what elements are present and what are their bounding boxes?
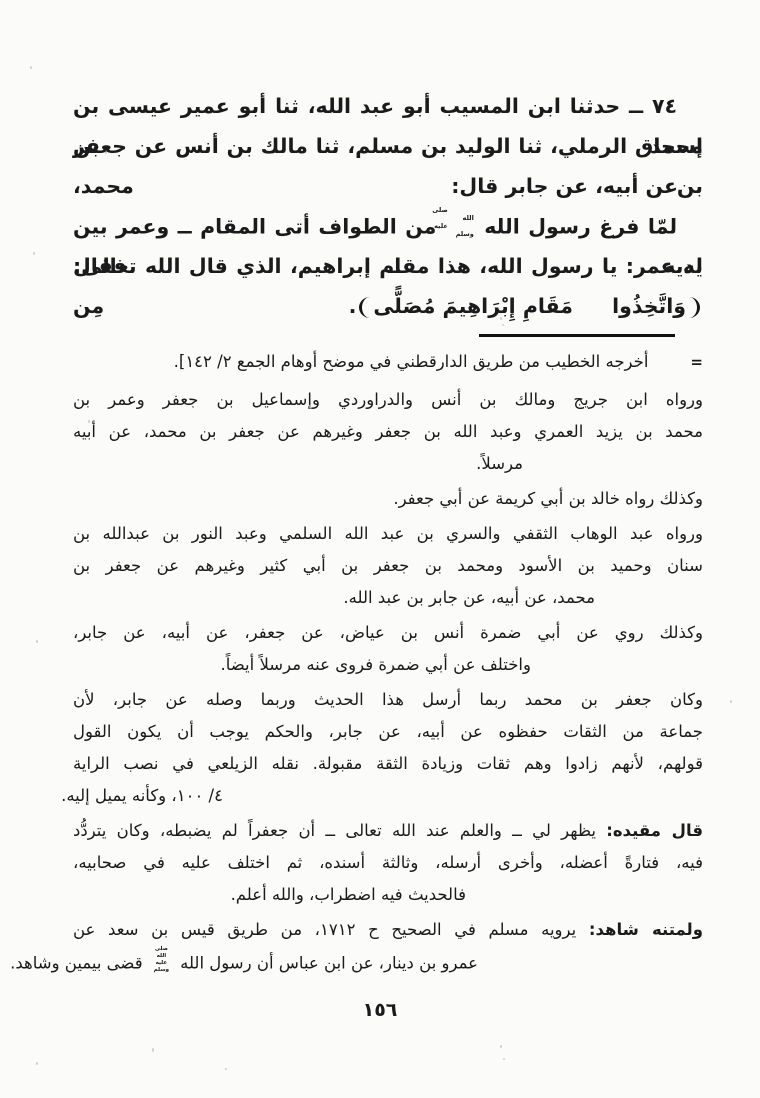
footnote-block: =أخرجه الخطيب من طريق الدارقطني في موضح … (73, 346, 703, 978)
saw-ligature-top: صلى الله (447, 206, 474, 222)
footnote-line: جماعة من الثقات حفظوه عن أبيه، عن جابر، … (73, 716, 703, 748)
scan-speck (225, 1068, 227, 1070)
footnote-paragraph: ورواه ابن جريج ومالك بن أنس والدراوردي و… (73, 384, 703, 480)
footnote-line: محمد، عن أبيه، عن جابر بن عبد الله. (73, 582, 703, 614)
footnote-paragraph: ورواه عبد الوهاب الثقفي والسري بن عبد ال… (73, 518, 703, 614)
quran-verse: مَقَامِ إِبْرَاهِيمَ مُصَلًّى (373, 294, 573, 318)
footnote-paragraph: ولمتنه شاهد: يرويه مسلم في الصحيح ح ١٧١٢… (73, 914, 703, 978)
footnote-label: قال مقيده: (606, 821, 703, 840)
hadith-matn-line: له عمر: يا رسول الله، هذا مقام إبراهيم، … (73, 246, 703, 286)
saw-ligature-top: صلى الله (150, 946, 173, 960)
footnote-line: سنان وحميد بن الأسود ومحمد بن جعفر بن أب… (73, 550, 703, 582)
scan-speck (500, 1045, 502, 1048)
footnote-line: فالحديث فيه اضطراب، والله أعلم. (73, 879, 703, 911)
matn-text: لمّا فرغ رسول الله (484, 214, 677, 238)
scan-speck (30, 66, 32, 69)
scan-speck (88, 420, 90, 423)
hadith-isnad-line: ٧٤ ــ حدثنا ابن المسيب أبو عبد الله، ثنا… (73, 86, 703, 126)
scan-speck (36, 1062, 38, 1065)
footnote-line: وكذلك روي عن أبي ضمرة أنس بن عياض، عن جع… (73, 617, 703, 649)
quran-close-bracket-icon (359, 297, 370, 318)
matn-text: . (349, 294, 357, 318)
continuation-equals-mark: = (690, 346, 703, 378)
scan-speck (502, 324, 504, 326)
page-number: ١٥٦ (0, 999, 760, 1021)
footnote-paragraph: وكان جعفر بن محمد ربما أرسل هذا الحديث و… (73, 684, 703, 812)
footnote-line: مرسلاً. (73, 448, 703, 480)
footnote-line: واختلف عن أبي ضمرة فروى عنه مرسلاً أيضاً… (73, 649, 703, 681)
footnote-paragraph: قال مقيده: يظهر لي ــ والعلم عند الله تع… (73, 815, 703, 911)
scan-speck (500, 317, 502, 320)
footnote-separator (479, 334, 675, 337)
footnote-line: عمرو بن دينار، عن ابن عباس أن رسول الله … (73, 946, 703, 978)
footnote-line: وكان جعفر بن محمد ربما أرسل هذا الحديث و… (73, 684, 703, 716)
hadith-isnad-line: إسحاق الرملي، ثنا الوليد بن مسلم، ثنا ما… (73, 126, 703, 166)
scan-speck (33, 252, 35, 255)
footnote-paragraph: وكذلك روي عن أبي ضمرة أنس بن عياض، عن جع… (73, 617, 703, 681)
footnote-text: قضى بيمين وشاهد. (10, 954, 143, 973)
scan-speck (730, 700, 732, 703)
footnote-line: ولمتنه شاهد: يرويه مسلم في الصحيح ح ١٧١٢… (73, 914, 703, 946)
quran-open-bracket-icon (689, 297, 700, 318)
footnote-line: قال مقيده: يظهر لي ــ والعلم عند الله تع… (73, 815, 703, 847)
footnote-line: وكذلك رواه خالد بن أبي كريمة عن أبي جعفر… (73, 483, 703, 515)
footnote-line: ورواه عبد الوهاب الثقفي والسري بن عبد ال… (73, 518, 703, 550)
saw-ligature: صلى اللهعليه وسلم (447, 206, 474, 239)
scan-speck (36, 640, 38, 643)
footnote-line: قولهم، لأنهم زادوا وهم ثقات وزيادة الثقة… (73, 748, 703, 780)
footnote-line: ورواه ابن جريج ومالك بن أنس والدراوردي و… (73, 384, 703, 416)
footnote-line: فيه، فتارةً أعضله، وأخرى أرسله، وثالثة أ… (73, 847, 703, 879)
scan-speck (152, 1048, 154, 1052)
main-text-block: ٧٤ ــ حدثنا ابن المسيب أبو عبد الله، ثنا… (73, 86, 703, 326)
footnote-text: يرويه مسلم في الصحيح ح ١٧١٢، من طريق قيس… (73, 920, 576, 939)
footnote-text: يظهر لي ــ والعلم عند الله تعالى ــ أن ج… (73, 821, 596, 840)
page-content: ٧٤ ــ حدثنا ابن المسيب أبو عبد الله، ثنا… (0, 0, 760, 978)
footnote-line: محمد بن يزيد العمري وعبد الله بن جعفر وغ… (73, 416, 703, 448)
footnote-line: ٤/ ١٠٠، وكأنه يميل إليه. (73, 780, 703, 812)
footnote-label: ولمتنه شاهد: (589, 920, 703, 939)
footnote-text: أخرجه الخطيب من طريق الدارقطني في موضح أ… (174, 352, 649, 371)
footnote-paragraph: وكذلك رواه خالد بن أبي كريمة عن أبي جعفر… (73, 483, 703, 515)
saw-ligature: صلى اللهعليه وسلم (150, 946, 173, 974)
scanned-book-page: ٧٤ ــ حدثنا ابن المسيب أبو عبد الله، ثنا… (0, 0, 760, 1098)
footnote-continuation-line: =أخرجه الخطيب من طريق الدارقطني في موضح … (73, 346, 703, 378)
footnote-text: عمرو بن دينار، عن ابن عباس أن رسول الله (180, 954, 478, 973)
scan-speck (105, 150, 107, 154)
scan-speck (503, 1058, 505, 1060)
matn-text: له عمر: يا رسول الله، هذا مقام إبراهيم، … (73, 254, 703, 278)
hadith-matn-line: لمّا فرغ رسول الله صلى اللهعليه وسلم من … (73, 206, 703, 246)
saw-ligature-bottom: عليه وسلم (150, 960, 173, 974)
saw-ligature-bottom: عليه وسلم (447, 222, 474, 238)
